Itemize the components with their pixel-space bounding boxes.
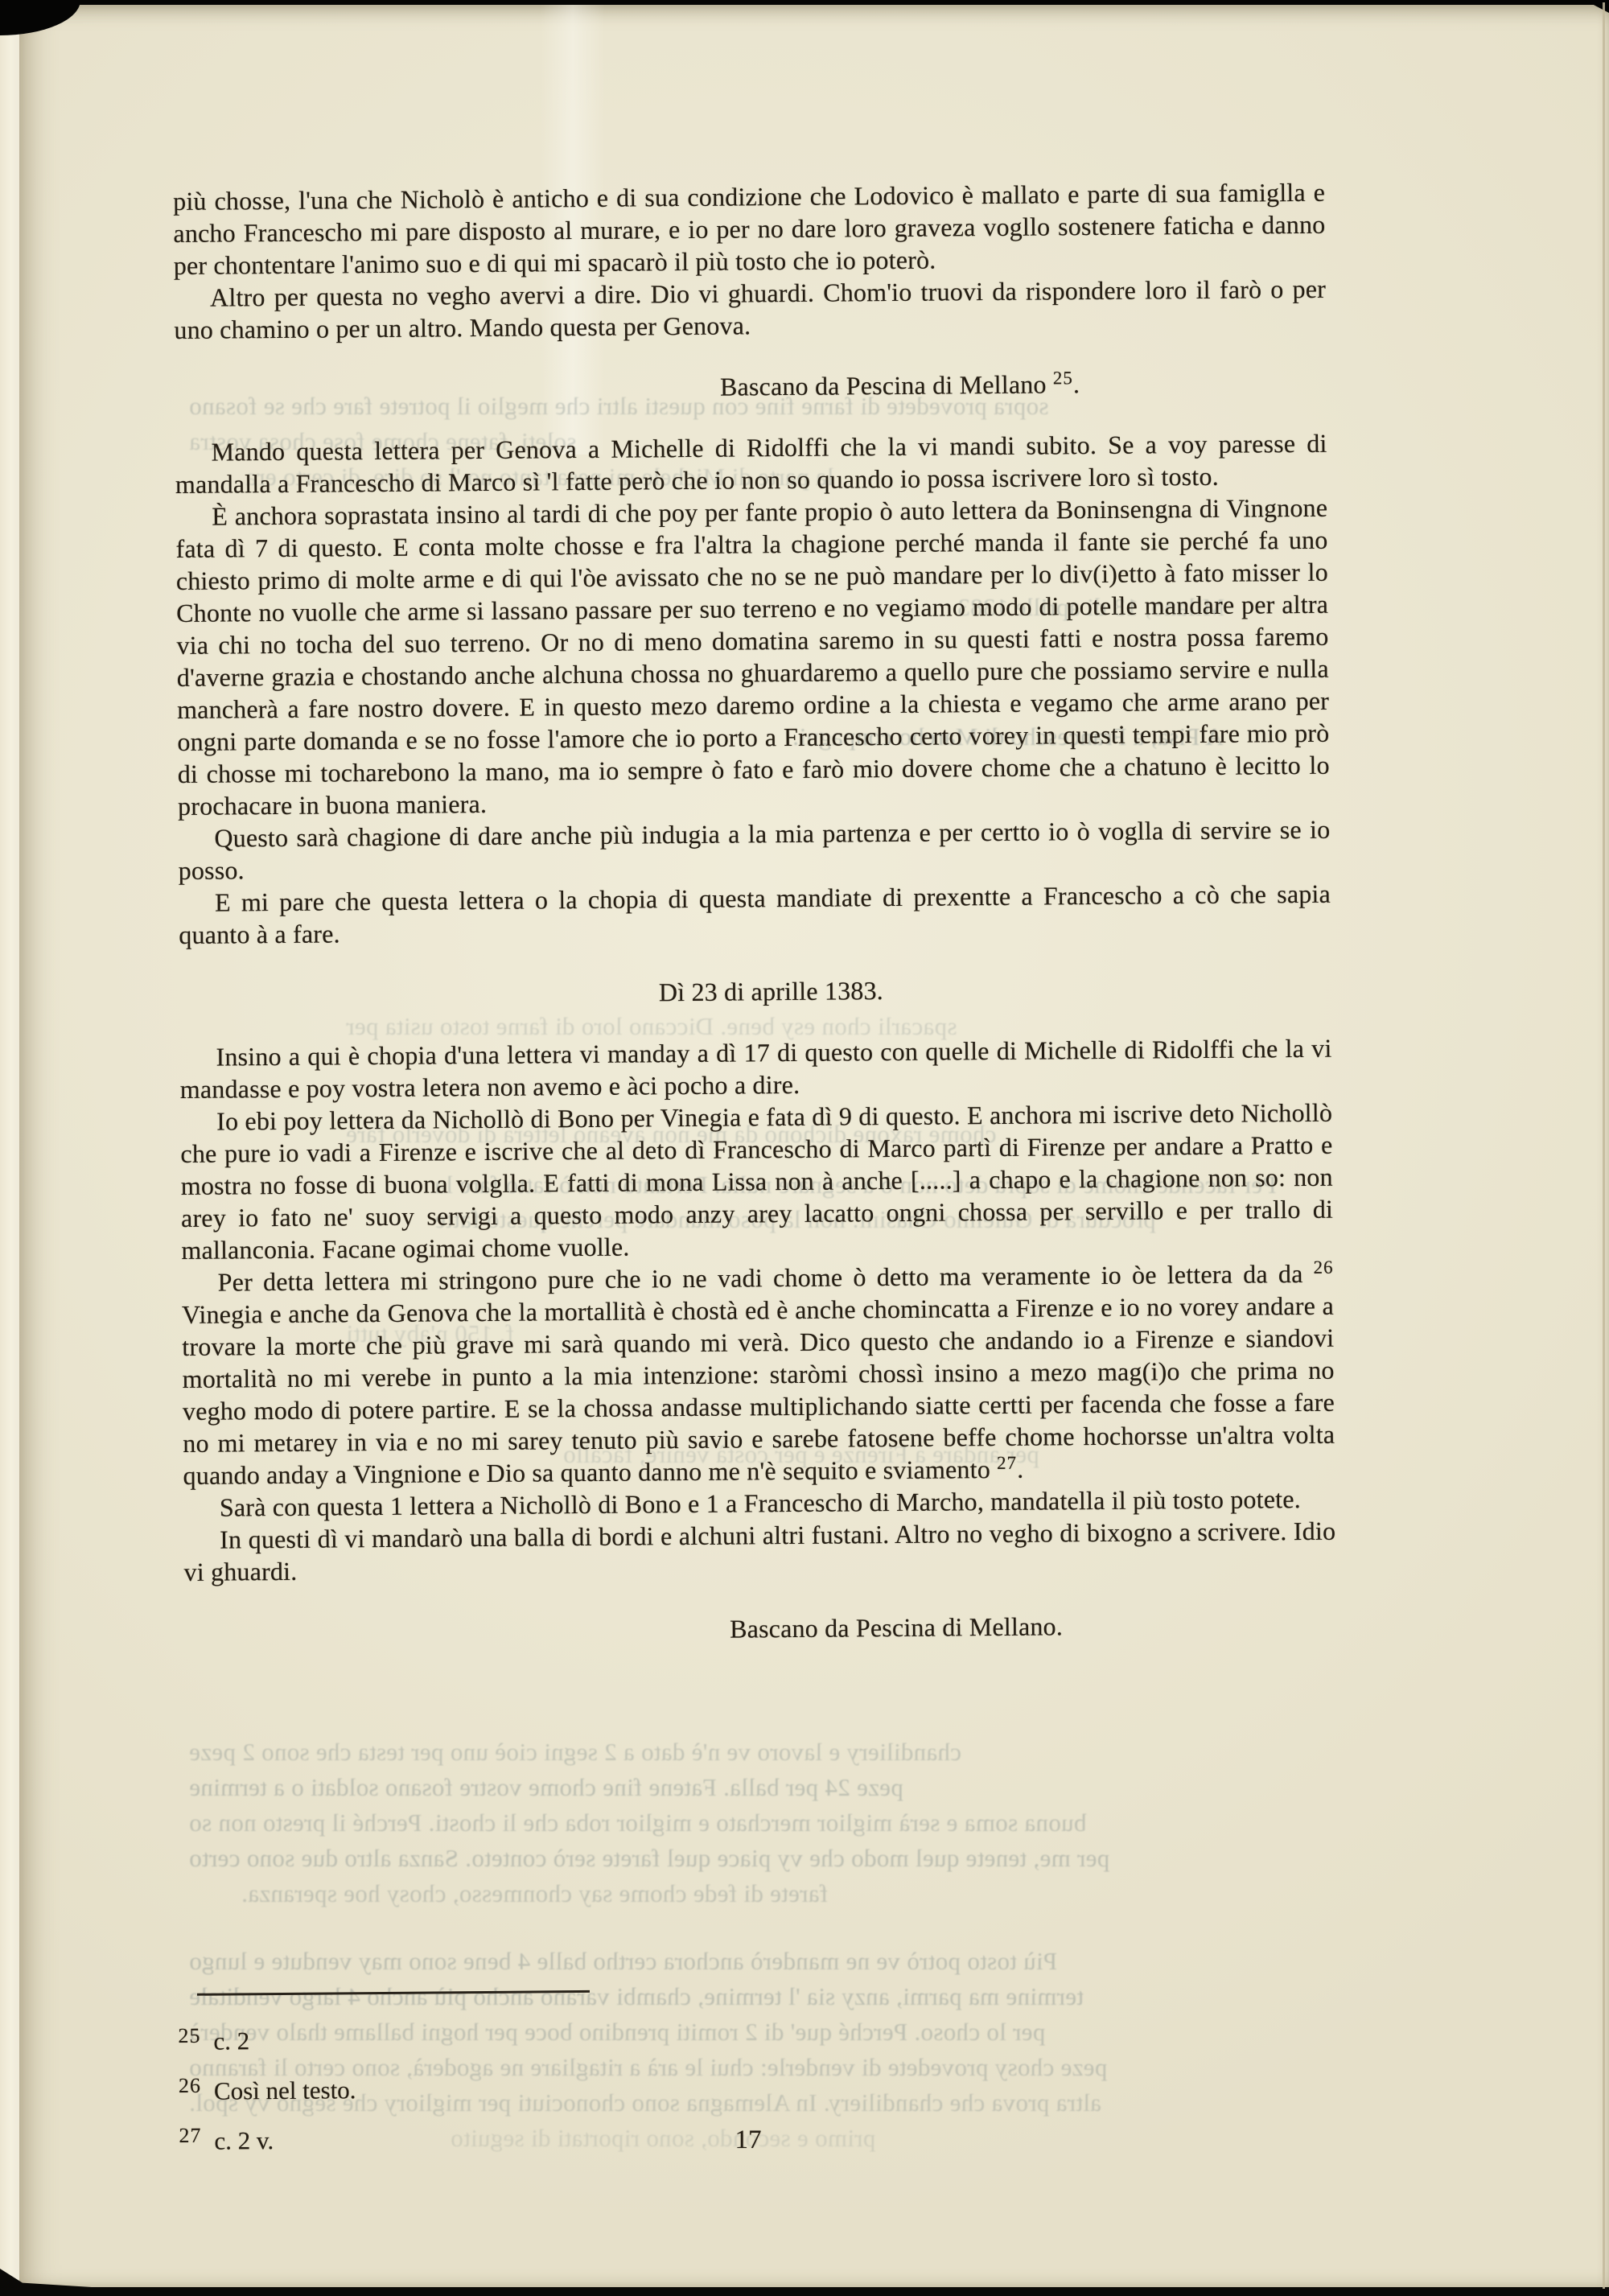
footnote-ref: 27 bbox=[997, 1453, 1017, 1473]
letter-date: Dì 23 di aprille 1383. bbox=[179, 971, 1331, 1012]
letter-paragraph: Per detta lettera mi stringono pure che … bbox=[182, 1257, 1335, 1492]
page-edge-line-right bbox=[1603, 2, 1605, 2289]
letter-paragraph: E mi pare che questa lettera o la chopia… bbox=[179, 878, 1331, 951]
letter-paragraph: Altro per questa no vegho avervi a dire.… bbox=[174, 273, 1327, 346]
letter-paragraph: In questi dì vi mandarò una balla di bor… bbox=[183, 1515, 1336, 1588]
letter-paragraph: Questo sarà chagione di dare anche più i… bbox=[178, 813, 1331, 887]
letter-text: più chosse, l'una che Nicholò è anticho … bbox=[173, 176, 1337, 1678]
letter-paragraph: È anchora soprastata insino al tardi di … bbox=[175, 492, 1330, 822]
footnote: 25c. 2 bbox=[178, 2011, 1323, 2058]
footnote-ref: 26 bbox=[1314, 1257, 1334, 1278]
footnote-number: 25 bbox=[178, 2024, 200, 2047]
footnote: 26Così nel testo. bbox=[179, 2061, 1324, 2108]
top-edge-shadow bbox=[0, 0, 1609, 5]
letter-signature: Bascano da Pescina di Mellano 25. bbox=[175, 366, 1327, 407]
letter-paragraph: Mando questa lettera per Genova a Michel… bbox=[175, 427, 1327, 500]
bottom-edge-shadow bbox=[0, 2287, 1609, 2296]
footnote-number: 26 bbox=[179, 2074, 201, 2097]
footnote-ref: 25 bbox=[1053, 368, 1073, 388]
letter-paragraph: Io ebi poy lettera da Nichollò di Bono p… bbox=[180, 1097, 1334, 1266]
letter-paragraph: Insino a qui è chopia d'una lettera vi m… bbox=[179, 1032, 1332, 1105]
page-number: 17 bbox=[173, 2125, 1323, 2155]
book-scan: sopra provedete di farne fine con questi… bbox=[0, 0, 1609, 2296]
letter-paragraph: più chosse, l'una che Nicholò è anticho … bbox=[173, 176, 1326, 282]
letter-signature: Bascano da Pescina di Mellano. bbox=[184, 1608, 1336, 1649]
